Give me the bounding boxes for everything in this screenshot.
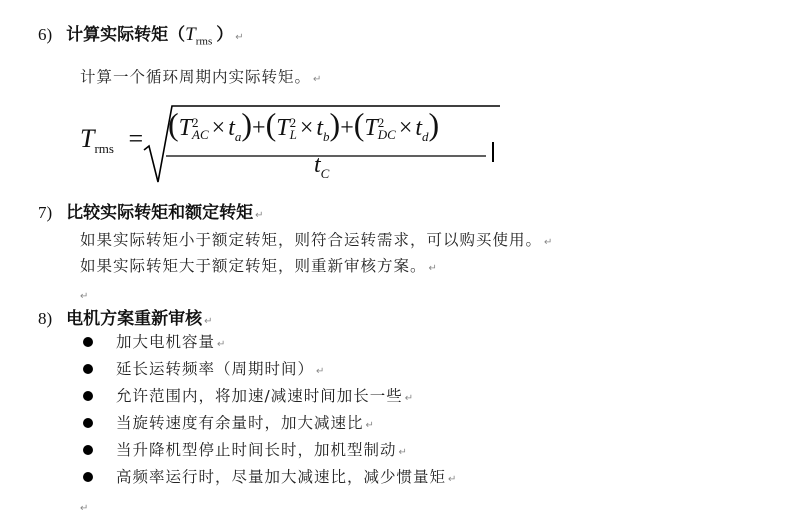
lhs-subscript: rms bbox=[94, 141, 114, 156]
list-item-text: 加大电机容量 bbox=[116, 333, 215, 351]
paragraph-mark-icon: ↵ bbox=[429, 263, 438, 274]
body-line: 计算一个循环周期内实际转矩。 bbox=[80, 68, 311, 86]
section-number: 8) bbox=[38, 309, 52, 328]
text-cursor bbox=[492, 142, 494, 162]
paragraph-mark-icon: ↵ bbox=[217, 339, 226, 350]
times-sign: × bbox=[212, 115, 226, 141]
plus-sign: + bbox=[252, 115, 266, 141]
empty-paragraph: ↵ bbox=[78, 496, 88, 515]
equals-sign: = bbox=[128, 124, 143, 153]
lhs-symbol: T bbox=[80, 124, 94, 153]
torque-symbol: T bbox=[185, 24, 196, 45]
section-7-line-2: 如果实际转矩大于额定转矩，则重新审核方案。↵ bbox=[80, 254, 438, 276]
plus-sign: + bbox=[340, 115, 354, 141]
paragraph-mark-icon: ↵ bbox=[448, 474, 457, 485]
list-item: 加大电机容量↵ bbox=[116, 330, 226, 352]
paragraph-mark-icon: ↵ bbox=[235, 32, 243, 43]
empty-paragraph: ↵ bbox=[78, 284, 88, 303]
section-title: 比较实际转矩和额定转矩 bbox=[66, 203, 253, 223]
term-t: t bbox=[228, 115, 235, 141]
list-item: 高频率运行时，尽量加大减速比，减少惯量矩↵ bbox=[116, 465, 457, 487]
list-item-text: 高频率运行时，尽量加大减速比，减少惯量矩 bbox=[116, 468, 446, 486]
formula-denominator: tC bbox=[314, 152, 329, 182]
list-item: 当升降机型停止时间长时，加机型制动↵ bbox=[116, 438, 408, 460]
section-7-heading: 7)比较实际转矩和额定转矩↵ bbox=[38, 198, 264, 223]
section-number: 6) bbox=[38, 25, 52, 44]
section-number: 7) bbox=[38, 203, 52, 222]
bullet-icon bbox=[83, 364, 93, 374]
paragraph-mark-icon: ↵ bbox=[366, 420, 375, 431]
list-item-text: 当升降机型停止时间长时，加机型制动 bbox=[116, 441, 397, 459]
term-symbol: T bbox=[276, 115, 289, 141]
list-item-text: 当旋转速度有余量时，加大减速比 bbox=[116, 414, 364, 432]
paragraph-mark-icon: ↵ bbox=[316, 366, 325, 377]
times-sign: × bbox=[300, 115, 314, 141]
term-symbol: T bbox=[364, 115, 377, 141]
body-line: 如果实际转矩小于额定转矩，则符合运转需求，可以购买使用。 bbox=[80, 231, 542, 249]
list-item-text: 延长运转频率（周期时间） bbox=[116, 360, 314, 378]
denominator-sub: C bbox=[321, 166, 330, 181]
paragraph-mark-icon: ↵ bbox=[405, 393, 414, 404]
paragraph-mark-icon: ↵ bbox=[80, 291, 88, 302]
term-sub: DC bbox=[378, 129, 396, 141]
list-item: 允许范围内，将加速/减速时间加长一些↵ bbox=[116, 384, 414, 406]
bullet-icon bbox=[83, 337, 93, 347]
term-sub: AC bbox=[192, 129, 209, 141]
term-sub: L bbox=[290, 129, 297, 141]
formula-lhs: Trms = bbox=[80, 124, 143, 157]
paragraph-mark-icon: ↵ bbox=[80, 503, 88, 514]
bullet-icon bbox=[83, 472, 93, 482]
list-item: 当旋转速度有余量时，加大减速比↵ bbox=[116, 411, 375, 433]
section-6-text: 计算一个循环周期内实际转矩。↵ bbox=[80, 65, 322, 87]
section-6-heading: 6)计算实际转矩（Trms）↵ bbox=[38, 20, 244, 47]
paragraph-mark-icon: ↵ bbox=[313, 74, 322, 85]
bullet-icon bbox=[83, 418, 93, 428]
section-7-line-1: 如果实际转矩小于额定转矩，则符合运转需求，可以购买使用。↵ bbox=[80, 228, 553, 250]
section-8-heading: 8)电机方案重新审核↵ bbox=[38, 304, 213, 329]
body-line: 如果实际转矩大于额定转矩，则重新审核方案。 bbox=[80, 257, 427, 275]
paragraph-mark-icon: ↵ bbox=[544, 237, 553, 248]
paragraph-mark-icon: ↵ bbox=[399, 447, 408, 458]
bullet-icon bbox=[83, 445, 93, 455]
list-item: 延长运转频率（周期时间）↵ bbox=[116, 357, 325, 379]
paragraph-mark-icon: ↵ bbox=[204, 316, 212, 327]
section-title: 电机方案重新审核 bbox=[66, 309, 202, 329]
list-item-text: 允许范围内，将加速/减速时间加长一些 bbox=[116, 387, 403, 405]
times-sign: × bbox=[399, 115, 413, 141]
formula-numerator: (T2AC×ta)+(T2L×tb)+(T2DC×td) bbox=[168, 106, 439, 145]
term-symbol: T bbox=[179, 115, 192, 141]
bullet-icon bbox=[83, 391, 93, 401]
paragraph-mark-icon: ↵ bbox=[255, 210, 263, 221]
denominator-t: t bbox=[314, 152, 321, 178]
section-title: 计算实际转矩（ bbox=[66, 25, 185, 45]
section-title-close: ） bbox=[216, 25, 233, 45]
trms-formula: Trms = (T2AC×ta)+(T2L×tb)+(T2DC×td) tC bbox=[80, 100, 520, 185]
torque-subscript: rms bbox=[196, 35, 213, 47]
